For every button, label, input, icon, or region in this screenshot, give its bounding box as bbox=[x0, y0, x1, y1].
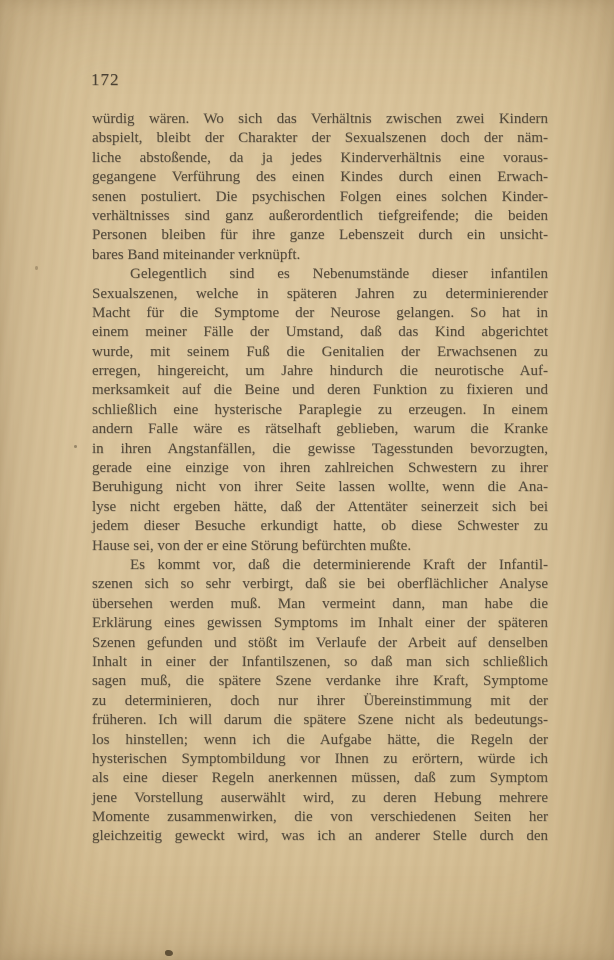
text-line: gleichzeitig geweckt wird, was ich an an… bbox=[92, 827, 548, 846]
text-line: andern Falle wäre es rätselhaft gebliebe… bbox=[92, 420, 548, 439]
text-line: senen postuliert. Die psychischen Folgen… bbox=[92, 188, 548, 207]
text-line paragraph-start: Gelegentlich sind es Nebenumstände diese… bbox=[92, 265, 548, 284]
text-line: übersehen werden muß. Man vermeint dann,… bbox=[92, 595, 548, 614]
text-line paragraph-end: bares Band miteinander verknüpft. bbox=[92, 246, 548, 265]
text-line: lyse nicht ergeben hätte, daß der Attent… bbox=[92, 498, 548, 517]
text-line: merksamkeit auf die Beine und deren Funk… bbox=[92, 381, 548, 400]
text-line: als eine dieser Regeln anerkennen müssen… bbox=[92, 769, 548, 788]
dust-speck bbox=[74, 445, 77, 448]
text-line: früheren. Ich will darum die spätere Sze… bbox=[92, 711, 548, 730]
text-line: schließlich eine hysterische Paraplegie … bbox=[92, 401, 548, 420]
text-line: hysterischen Symptombildung vor Ihnen zu… bbox=[92, 750, 548, 769]
text-line: gerade eine einzige von ihren zahlreiche… bbox=[92, 459, 548, 478]
book-page-scan: 172 würdig wären. Wo sich das Verhältnis… bbox=[0, 0, 614, 960]
dust-speck bbox=[165, 950, 173, 956]
text-line: jene Vorstellung auserwählt wird, zu der… bbox=[92, 789, 548, 808]
text-line: Szenen gefunden und stößt im Verlaufe de… bbox=[92, 634, 548, 653]
text-line: gegangene Verführung des einen Kindes du… bbox=[92, 168, 548, 187]
text-line: Personen bleiben für ihre ganze Lebensze… bbox=[92, 226, 548, 245]
text-line: zu determinieren, doch nur ihrer Überein… bbox=[92, 692, 548, 711]
text-line: sagen muß, die spätere Szene verdanke ih… bbox=[92, 672, 548, 691]
dust-speck bbox=[35, 266, 38, 270]
text-line: würdig wären. Wo sich das Verhältnis zwi… bbox=[92, 110, 548, 129]
text-line: jedem dieser Besuche erkundigt hatte, ob… bbox=[92, 517, 548, 536]
text-line: Beruhigung nicht von ihrer Seite lassen … bbox=[92, 478, 548, 497]
text-line: Erklärung eines gewissen Symptoms im Inh… bbox=[92, 614, 548, 633]
body-text-block: würdig wären. Wo sich das Verhältnis zwi… bbox=[92, 110, 548, 847]
text-line: abspielt, bleibt der Charakter der Sexua… bbox=[92, 129, 548, 148]
page-number: 172 bbox=[91, 70, 120, 90]
text-line: in ihren Angstanfällen, die gewisse Tage… bbox=[92, 440, 548, 459]
text-line: einem meiner Fälle der Umstand, daß das … bbox=[92, 323, 548, 342]
text-line: los hinstellen; wenn ich die Aufgabe hät… bbox=[92, 731, 548, 750]
text-line: wurde, mit seinem Fuß die Genitalien der… bbox=[92, 343, 548, 362]
text-line: Inhalt in einer der Infantilszenen, so d… bbox=[92, 653, 548, 672]
text-line: Momente zusammenwirken, die von verschie… bbox=[92, 808, 548, 827]
text-line paragraph-end: Hause sei, von der er eine Störung befür… bbox=[92, 537, 548, 556]
text-line: Sexualszenen, welche in späteren Jahren … bbox=[92, 285, 548, 304]
text-line: liche abstoßende, da ja jedes Kinderverh… bbox=[92, 149, 548, 168]
text-line: erregen, hingereicht, um Jahre hindurch … bbox=[92, 362, 548, 381]
text-line: Macht für die Symptome der Neurose gelan… bbox=[92, 304, 548, 323]
text-line paragraph-start: Es kommt vor, daß die determinierende Kr… bbox=[92, 556, 548, 575]
text-line: verhältnisses sind ganz außerordentlich … bbox=[92, 207, 548, 226]
text-line: szenen sich so sehr verbirgt, daß sie be… bbox=[92, 575, 548, 594]
